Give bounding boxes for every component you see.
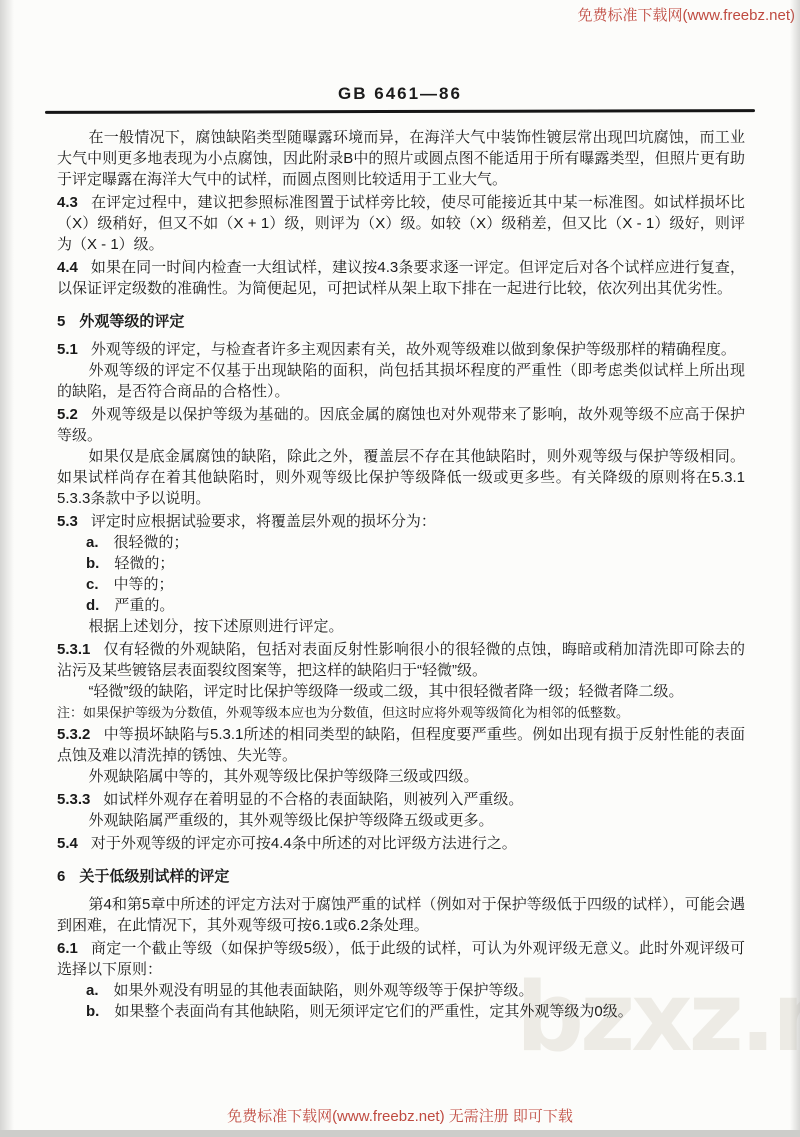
clause-5-4: 5.4对于外观等级的评定亦可按4.4条中所述的对比评级方法进行之。 [57, 833, 745, 854]
clause-text: 外观等级是以保护等级为基础的。因底金属的腐蚀也对外观带来了影响，故外观等级不应高… [57, 406, 745, 444]
section-title: 关于低级别试样的评定 [79, 868, 229, 885]
list-letter: a. [86, 982, 99, 999]
paragraph-corrosion-types: 在一般情况下，腐蚀缺陷类型随曝露环境而异，在海洋大气中装饰性镀层常出现凹坑腐蚀，… [57, 127, 745, 190]
list-item-d: d.严重的。 [57, 595, 745, 616]
header-rule [45, 109, 755, 114]
top-watermark-text: 免费标准下载网(www.freebz.net) [577, 4, 795, 25]
clause-5-2: 5.2外观等级是以保护等级为基础的。因底金属的腐蚀也对外观带来了影响，故外观等级… [57, 404, 745, 446]
paragraph-medium-grade: 外观缺陷属中等的，其外观等级比保护等级降三级或四级。 [57, 766, 745, 787]
clause-text: 外观等级的评定，与检查者许多主观因素有关，故外观等级难以做到象保护等级那样的精确… [91, 341, 736, 358]
document-body: 在一般情况下，腐蚀缺陷类型随曝露环境而异，在海洋大气中装饰性镀层常出现凹坑腐蚀，… [57, 127, 745, 1022]
list-text: 轻微的； [114, 555, 174, 572]
paragraph-slight-grade: “轻微”级的缺陷，评定时比保护等级降一级或二级，其中很轻微者降一级；轻微者降二级… [57, 681, 745, 702]
paragraph-severe-grade: 外观缺陷属严重级的，其外观等级比保护等级降五级或更多。 [57, 810, 745, 831]
clause-number: 5.1 [57, 341, 78, 358]
paragraph-low-grade-difficulty: 第4和第5章中所述的评定方法对于腐蚀严重的试样（例如对于保护等级低于四级的试样）… [57, 894, 745, 936]
clause-4-4: 4.4如果在同一时间内检查一大组试样，建议按4.3条要求逐一评定。但评定后对各个… [57, 257, 745, 299]
list-item-a: a.很轻微的； [57, 532, 745, 553]
clause-text: 对于外观等级的评定亦可按4.4条中所述的对比评级方法进行之。 [91, 835, 517, 852]
clause-6-1: 6.1商定一个截止等级（如保护等级5级），低于此级的试样，可认为外观评级无意义。… [57, 938, 745, 980]
clause-text: 如果在同一时间内检查一大组试样，建议按4.3条要求逐一评定。但评定后对各个试样应… [57, 259, 745, 297]
clause-text: 在评定过程中，建议把参照标准图置于试样旁比较，使尽可能接近其中某一标准图。如试样… [57, 194, 745, 253]
clause-number: 5.4 [57, 835, 78, 852]
list-letter: b. [86, 555, 99, 572]
clause-text: 如试样外观存在着明显的不合格的表面缺陷，则被列入严重级。 [103, 791, 523, 808]
section-5-heading: 5外观等级的评定 [57, 311, 745, 332]
clause-text: 评定时应根据试验要求，将覆盖层外观的损坏分为： [91, 513, 436, 530]
section-title: 外观等级的评定 [79, 313, 184, 330]
clause-number: 5.3 [57, 513, 78, 530]
clause-number: 4.4 [57, 259, 78, 276]
list-text: 如果外观没有明显的其他表面缺陷，则外观等级等于保护等级。 [114, 982, 534, 999]
note-fractional-rating: 注：如果保护等级为分数值，外观等级本应也为分数值，但这时应将外观等级简化为相邻的… [57, 703, 745, 722]
list-letter: c. [86, 576, 99, 593]
list-letter: a. [86, 534, 99, 551]
list-text: 中等的； [114, 576, 174, 593]
paragraph-division-principle: 根据上述划分，按下述原则进行评定。 [57, 616, 745, 637]
list-text: 严重的。 [114, 597, 174, 614]
clause-number: 5.3.1 [57, 641, 90, 658]
clause-number: 6.1 [57, 940, 78, 957]
clause-5-3: 5.3评定时应根据试验要求，将覆盖层外观的损坏分为： [57, 511, 745, 532]
section-number: 5 [57, 313, 65, 330]
clause-5-3-1: 5.3.1仅有轻微的外观缺陷，包括对表面反射性影响很小的很轻微的点蚀，晦暗或稍加… [57, 639, 745, 681]
clause-4-3: 4.3在评定过程中，建议把参照标准图置于试样旁比较，使尽可能接近其中某一标准图。… [57, 192, 745, 255]
list-item-b: b.轻微的； [57, 553, 745, 574]
paragraph-downgrade-rules: 如果仅是底金属腐蚀的缺陷，除此之外，覆盖层不存在其他缺陷时，则外观等级与保护等级… [57, 446, 745, 509]
clause-text: 商定一个截止等级（如保护等级5级），低于此级的试样，可认为外观评级无意义。此时外… [57, 940, 745, 978]
clause-number: 5.2 [57, 406, 78, 423]
list-letter: d. [86, 597, 99, 614]
list-letter: b. [86, 1003, 99, 1020]
list-text: 如果整个表面尚有其他缺陷，则无须评定它们的严重性，定其外观等级为0级。 [114, 1003, 632, 1020]
scan-edge-shadow-left [0, 0, 14, 1137]
clause-text: 中等损坏缺陷与5.3.1所述的相同类型的缺陷，但程度要严重些。例如出现有损于反射… [57, 726, 745, 764]
list-text: 很轻微的； [114, 534, 189, 551]
scan-edge-bar-bottom [0, 1130, 800, 1137]
list-item-c: c.中等的； [57, 574, 745, 595]
scanned-standard-page: bzxz.net 免费标准下载网(www.freebz.net) GB 6461… [0, 0, 800, 1137]
clause-text: 仅有轻微的外观缺陷，包括对表面反射性影响很小的很轻微的点蚀，晦暗或稍加清洗即可除… [57, 641, 745, 679]
bottom-watermark-text: 免费标准下载网(www.freebz.net) 无需注册 即可下载 [0, 1105, 800, 1126]
clause-5-1: 5.1外观等级的评定，与检查者许多主观因素有关，故外观等级难以做到象保护等级那样… [57, 339, 745, 360]
clause-5-3-3: 5.3.3如试样外观存在着明显的不合格的表面缺陷，则被列入严重级。 [57, 789, 745, 810]
paragraph-appearance-basis: 外观等级的评定不仅基于出现缺陷的面积，尚包括其损坏程度的严重性（即考虑类似试样上… [57, 360, 745, 402]
list-item-6b: b.如果整个表面尚有其他缺陷，则无须评定它们的严重性，定其外观等级为0级。 [57, 1001, 745, 1022]
clause-number: 5.3.2 [57, 726, 90, 743]
clause-number: 5.3.3 [57, 791, 90, 808]
list-item-6a: a.如果外观没有明显的其他表面缺陷，则外观等级等于保护等级。 [57, 980, 745, 1001]
section-number: 6 [57, 868, 65, 885]
clause-number: 4.3 [57, 194, 78, 211]
clause-5-3-2: 5.3.2中等损坏缺陷与5.3.1所述的相同类型的缺陷，但程度要严重些。例如出现… [57, 724, 745, 766]
section-6-heading: 6关于低级别试样的评定 [57, 866, 745, 887]
